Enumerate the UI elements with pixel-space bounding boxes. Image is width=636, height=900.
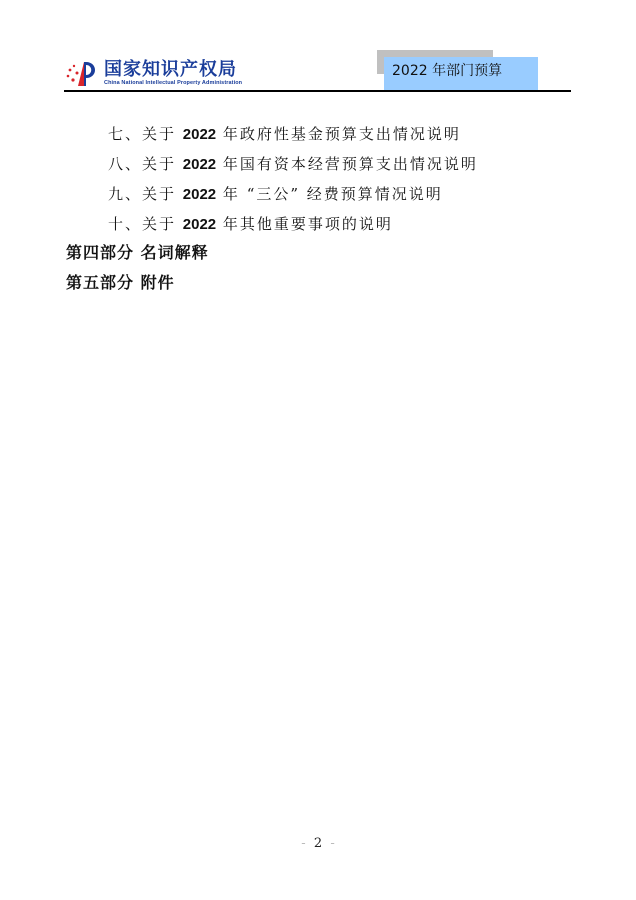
toc-item-8: 八、关于 2022 年国有资本经营预算支出情况说明 <box>108 152 478 177</box>
toc-item-prefix: 七、关于 <box>108 125 183 143</box>
footer-dash-right: - <box>330 836 334 851</box>
budget-year-tag: 2022 年部门预算 <box>384 57 538 90</box>
toc-item-suffix: 年其他重要事项的说明 <box>216 215 393 233</box>
toc-item-10: 十、关于 2022 年其他重要事项的说明 <box>108 212 393 237</box>
page-header: 国家知识产权局 China National Intellectual Prop… <box>0 0 636 100</box>
toc-part-5: 第五部分 附件 <box>66 271 175 295</box>
toc-item-suffix: 年 “三公” 经费预算情况说明 <box>216 185 443 203</box>
toc-item-year: 2022 <box>183 156 216 173</box>
cnipa-logo-icon <box>64 58 100 88</box>
cnipa-logo: 国家知识产权局 China National Intellectual Prop… <box>64 58 242 88</box>
logo-title-en: China National Intellectual Property Adm… <box>104 80 242 87</box>
toc-item-year: 2022 <box>183 216 216 233</box>
toc-item-suffix: 年国有资本经营预算支出情况说明 <box>216 155 478 173</box>
toc-item-prefix: 九、关于 <box>108 185 183 203</box>
toc-part-4: 第四部分 名词解释 <box>66 241 209 265</box>
logo-title-cn: 国家知识产权局 <box>104 60 242 80</box>
toc-item-year: 2022 <box>183 186 216 203</box>
toc-item-9: 九、关于 2022 年 “三公” 经费预算情况说明 <box>108 182 443 207</box>
toc-item-prefix: 十、关于 <box>108 215 183 233</box>
toc-item-suffix: 年政府性基金预算支出情况说明 <box>216 125 461 143</box>
page-number: 2 <box>314 836 322 851</box>
toc-item-prefix: 八、关于 <box>108 155 183 173</box>
toc-item-7: 七、关于 2022 年政府性基金预算支出情况说明 <box>108 122 461 147</box>
toc-item-year: 2022 <box>183 126 216 143</box>
page-footer: - 2 - <box>0 836 636 851</box>
footer-dash-left: - <box>301 836 305 851</box>
header-rule <box>64 90 571 92</box>
